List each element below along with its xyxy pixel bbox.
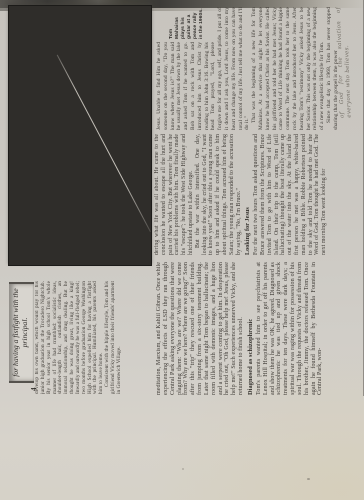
paragraph: dering what life was all about. He came … [154, 134, 195, 255]
body-column-2: dering what life was all about. He came … [154, 134, 363, 255]
photo-caption: Tom Mahairas plays his guitar at a peace… [169, 7, 204, 39]
paragraph: develop his own band, which would play f… [35, 281, 105, 394]
pull-quote-box: for having a fistfight with the principa… [9, 282, 34, 383]
body-column-3: Tom Mahairas plays his guitar at a peace… [156, 7, 363, 130]
rotated-page-wrapper: for having a fistfight with the principa… [3, 0, 363, 396]
paragraph: But the war within intensified. One day,… [195, 134, 243, 255]
paragraph: meditation, Marxism, and Kahlil Gibran. … [156, 262, 245, 395]
paper-speck [307, 478, 310, 480]
intro-column: develop his own band, which would play f… [35, 281, 136, 394]
paragraph: Consistent with the hippie lifestyle, To… [105, 281, 123, 394]
paragraph: That was the beginning of a new life for… [251, 7, 326, 130]
subheading-looking-for-jesus: Looking for Jesus [245, 134, 252, 255]
subheading-diagnosed: Diagnosed as schizophrenic [248, 262, 255, 395]
peace-rally-photo [8, 5, 152, 266]
magazine-page: for having a fistfight with the principa… [3, 0, 364, 396]
body-column-1: meditation, Marxism, and Kahlil Gibran. … [156, 262, 363, 395]
paragraph: Tom's parents wanted him to see psychiat… [256, 262, 324, 395]
paper-speck [182, 468, 184, 470]
paragraph: For the next two hours Tom asked questio… [253, 134, 328, 255]
scanned-page: for having a fistfight with the principa… [0, 0, 364, 500]
photo-caption-box: Tom Mahairas plays his guitar at a peace… [156, 7, 213, 42]
photo-image-content [9, 6, 151, 265]
